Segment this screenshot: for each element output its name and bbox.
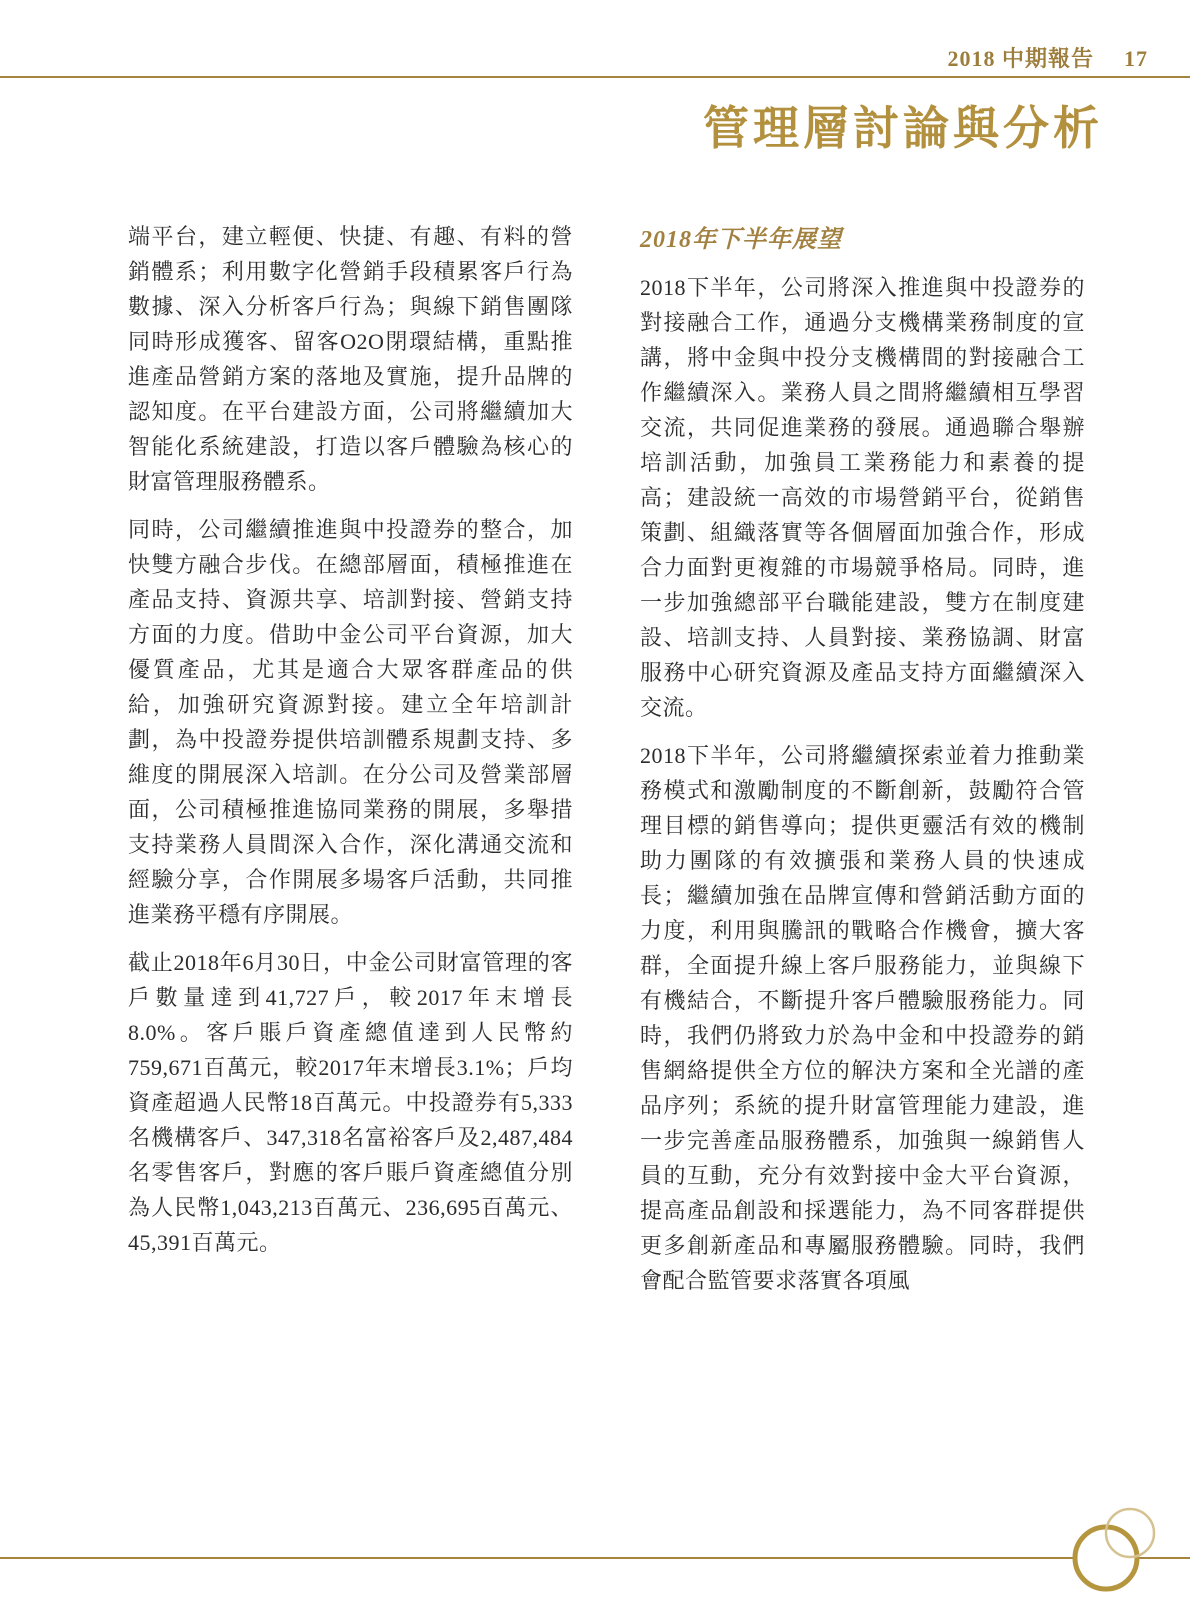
page-number: 17 [1124, 46, 1148, 72]
section-heading: 2018年下半年展望 [640, 219, 1085, 254]
left-column: 端平台，建立輕便、快捷、有趣、有料的營銷體系；利用數字化營銷手段積累客戶行為數據… [128, 219, 573, 1273]
header-divider [0, 76, 1190, 78]
page-header: 2018 中期報告 17 [947, 42, 1148, 73]
report-title: 2018 中期報告 [947, 42, 1094, 73]
body-paragraph: 同時，公司繼續推進與中投證券的整合，加快雙方融合步伐。在總部層面，積極推進在產品… [128, 512, 573, 932]
body-paragraph: 2018下半年，公司將繼續探索並着力推動業務模式和激勵制度的不斷創新，鼓勵符合管… [640, 738, 1085, 1298]
body-paragraph: 截止2018年6月30日，中金公司財富管理的客戶數量達到41,727戶，較201… [128, 945, 573, 1260]
body-paragraph: 端平台，建立輕便、快捷、有趣、有料的營銷體系；利用數字化營銷手段積累客戶行為數據… [128, 219, 573, 499]
body-paragraph: 2018下半年，公司將深入推進與中投證券的對接融合工作，通過分支機構業務制度的宣… [640, 270, 1085, 725]
report-page: 2018 中期報告 17 管理層討論與分析 端平台，建立輕便、快捷、有趣、有料的… [0, 0, 1190, 1615]
page-title: 管理層討論與分析 [703, 92, 1103, 158]
right-column: 2018年下半年展望 2018下半年，公司將深入推進與中投證券的對接融合工作，通… [640, 219, 1085, 1311]
overlapping-rings-icon [1000, 1430, 1190, 1615]
